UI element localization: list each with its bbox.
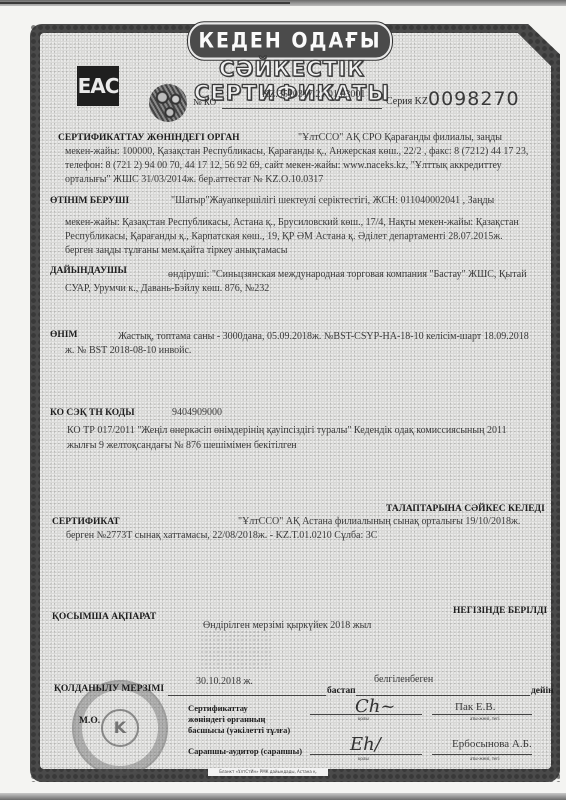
validity-label: ҚОЛДАНЫЛУ МЕРЗІМІ (54, 684, 164, 694)
certification-body-line: "ҰлтССО" АҚ СРО Қарағанды филиалы, заңды (298, 131, 502, 145)
signature-caption: қолы (358, 757, 369, 762)
head-label-line: жөніндегі органның (188, 714, 265, 724)
head-label-line: Сертификаттау (188, 703, 248, 713)
applicant-line: Республикасы, Қарағанды қ., Карпатская к… (65, 230, 503, 244)
paper-edge (0, 793, 566, 800)
applicant-line: "Шатыр"Жауапкершілігі шектеулі серіктест… (171, 194, 494, 208)
hs-code-line: КО ТР 017/2011 "Жеңіл өнеркәсіп өнімдері… (67, 424, 507, 438)
validity-to-suffix: дейін (531, 686, 554, 696)
certification-body-line: телефон: 8 (721 2) 94 00 70, 44 17 12, 5… (65, 159, 502, 173)
manufacturer-label: ДАЙЫНДАУШЫ (50, 266, 127, 276)
auditor-signature: Eh/ (350, 734, 381, 755)
auditor-name: Ербосынова А.Б. (452, 738, 532, 752)
stamp-logo-icon: K (101, 709, 139, 747)
product-label: ӨНІМ (50, 330, 77, 340)
guilloche-pattern (200, 630, 270, 670)
registration-number-label: № КО (193, 97, 216, 107)
validity-to-value: белгіленбеген (374, 673, 433, 687)
security-emblem-icon (149, 84, 187, 122)
name-caption: аты-жөні, тегі (470, 717, 500, 722)
validity-from-suffix: бастап (327, 686, 356, 696)
applicant-line: берген заңды тұлғаны мем.қайта тіркеу ан… (65, 244, 287, 258)
hs-code-label: КО СЭҚ ТН КОДЫ (50, 408, 135, 418)
head-name: Пак Е.В. (455, 701, 495, 715)
certification-body-label: СЕРТИФИКАТТАУ ЖӨНІНДЕГІ ОРГАН (58, 133, 240, 143)
manufacturer-line: өндіруші: "Синьцзянская международная то… (168, 268, 527, 282)
head-name-line (432, 714, 532, 715)
product-line: ж. № BST 2018-08-10 инвойс. (65, 344, 191, 358)
applicant-label: ӨТІНІМ БЕРУШІ (50, 196, 129, 206)
auditor-name-line (432, 754, 532, 755)
compliance-line: "ҰлтССО" АҚ Астана филиалының сынақ орта… (238, 515, 520, 529)
validity-from-line (168, 695, 326, 696)
name-caption: аты-жөні, тегі (470, 757, 500, 762)
certification-body-line: орталығы" ЖШС 31/03/2014ж. бер.аттестат … (65, 173, 323, 187)
series-number: 0098270 (428, 88, 520, 110)
registration-number: KZ.3510317.21.01.03001 (262, 89, 365, 100)
signature-caption: қолы (358, 717, 369, 722)
hs-code-line: жылғы 9 желтоқсандағы № 876 шешімімен бе… (67, 439, 297, 453)
printer-imprint: Бланкт «ҰлтСтИн» РМК дайындады, Астана қ… (208, 768, 328, 776)
eac-logo-icon: ЕАС (77, 66, 119, 106)
customs-union-banner: КЕДЕН ОДАҒЫ (188, 22, 392, 59)
additional-info-label: ҚОСЫМША АҚПАРАТ (52, 612, 156, 622)
product-line: Жастық, топтама саны - 3000дана, 05.09.2… (118, 330, 529, 344)
compliance-line: берген №2773Т сынақ хаттамасы, 22/08/201… (66, 529, 377, 543)
head-label-line: басшысы (уәкілетті тұлға) (188, 725, 290, 735)
issued-basis-heading: НЕГІЗІНДЕ БЕРІЛДІ (453, 606, 547, 616)
hs-code-value: 9404909000 (172, 406, 222, 420)
registration-number-underline (222, 108, 382, 109)
manufacturer-line: СУАР, Урумчи к., Давань-Бэйлу көш. 876, … (65, 282, 269, 296)
auditor-signature-line (310, 754, 422, 755)
series-label: Серия KZ (386, 96, 428, 107)
auditor-label: Сарапшы-аудитор (сарапшы) (188, 746, 302, 756)
compliance-heading: ТАЛАПТАРЫНА СӘЙКЕС КЕЛЕДІ (386, 504, 545, 514)
seal-place-label: М.О. (79, 716, 100, 726)
official-stamp-icon: K (72, 680, 168, 776)
paper-edge (0, 2, 290, 4)
head-signature-line (310, 714, 422, 715)
certificate-label: СЕРТИФИКАТ (52, 517, 120, 527)
applicant-line: мекен-жайы: Қазақстан Республикасы, Аста… (65, 216, 519, 230)
validity-from-date: 30.10.2018 ж. (196, 675, 253, 689)
certification-body-line: мекен-жайы: 100000, Қазақстан Республика… (65, 145, 528, 159)
